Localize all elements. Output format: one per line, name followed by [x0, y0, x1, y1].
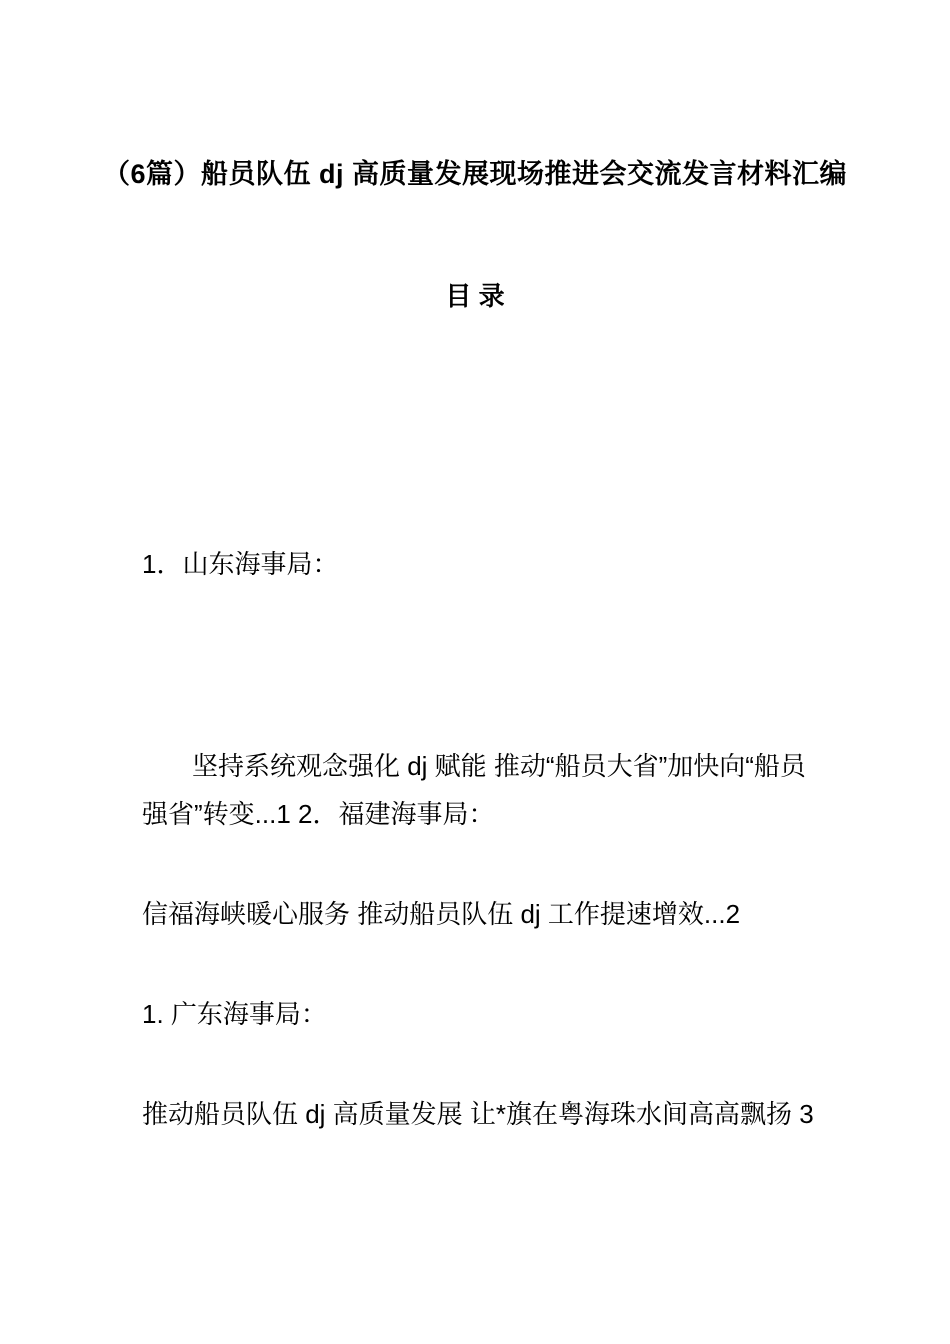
toc-entry-shandong-line1: 坚持系统观念强化 dj 赋能 推动“船员大省”加快向“船员 [142, 742, 864, 790]
toc-heading: 目 录 [0, 272, 950, 320]
document-title: （6篇）船员队伍 dj 高质量发展现场推进会交流发言材料汇编 [0, 150, 950, 198]
toc-entry-shandong-line2-fujian-heading: 强省”转变...1 2．福建海事局： [142, 790, 814, 838]
document-page: （6篇）船员队伍 dj 高质量发展现场推进会交流发言材料汇编 目 录 1．山东海… [0, 0, 950, 1344]
toc-item-heading-shandong: 1．山东海事局： [142, 540, 814, 588]
toc-item-heading-guangdong: 1. 广东海事局： [142, 990, 814, 1038]
toc-entry-guangdong: 推动船员队伍 dj 高质量发展 让*旗在粤海珠水间高高飘扬 3 [142, 1090, 814, 1138]
toc-entry-fujian: 信福海峡暖心服务 推动船员队伍 dj 工作提速增效...2 [142, 890, 814, 938]
